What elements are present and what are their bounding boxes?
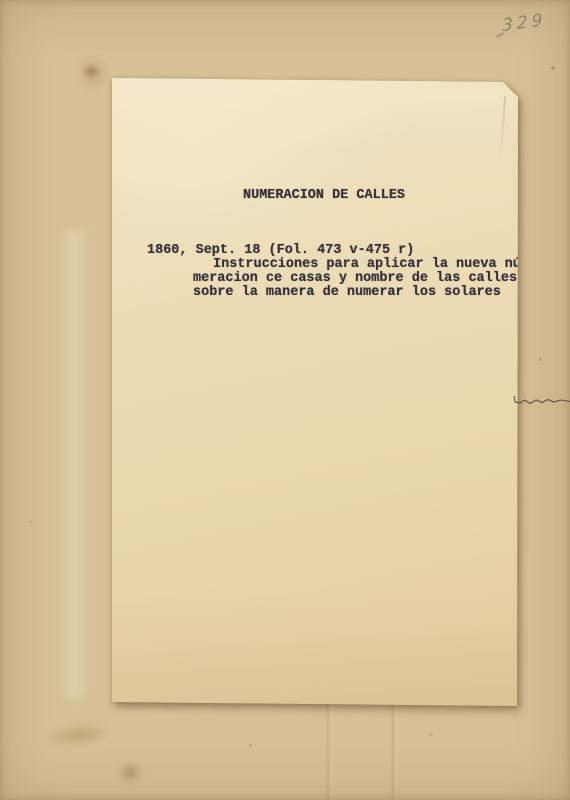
paper-crack — [513, 394, 570, 408]
paper-crease — [390, 698, 399, 800]
card-text-line: Instrucciones para aplicar la nueva nú — [213, 257, 521, 272]
pasted-card-wrapper: NUMERACION DE CALLES 1860, Sept. 18 (Fol… — [112, 78, 518, 707]
scanned-archive-page: NUMERACION DE CALLES 1860, Sept. 18 (Fol… — [0, 0, 570, 800]
paper-crease — [325, 698, 334, 800]
card-corner-crease — [500, 96, 506, 158]
card-text-line: meracion ce casas y nombre de las calles — [193, 271, 517, 286]
card-text-line: 1860, Sept. 18 (Fol. 473 v-475 r) — [147, 243, 414, 258]
pasted-card: NUMERACION DE CALLES 1860, Sept. 18 (Fol… — [112, 78, 518, 707]
card-text-line: sobre la manera de numerar los solares — [193, 285, 501, 300]
paper-crease-highlight — [58, 230, 92, 700]
card-title: NUMERACION DE CALLES — [243, 188, 405, 203]
